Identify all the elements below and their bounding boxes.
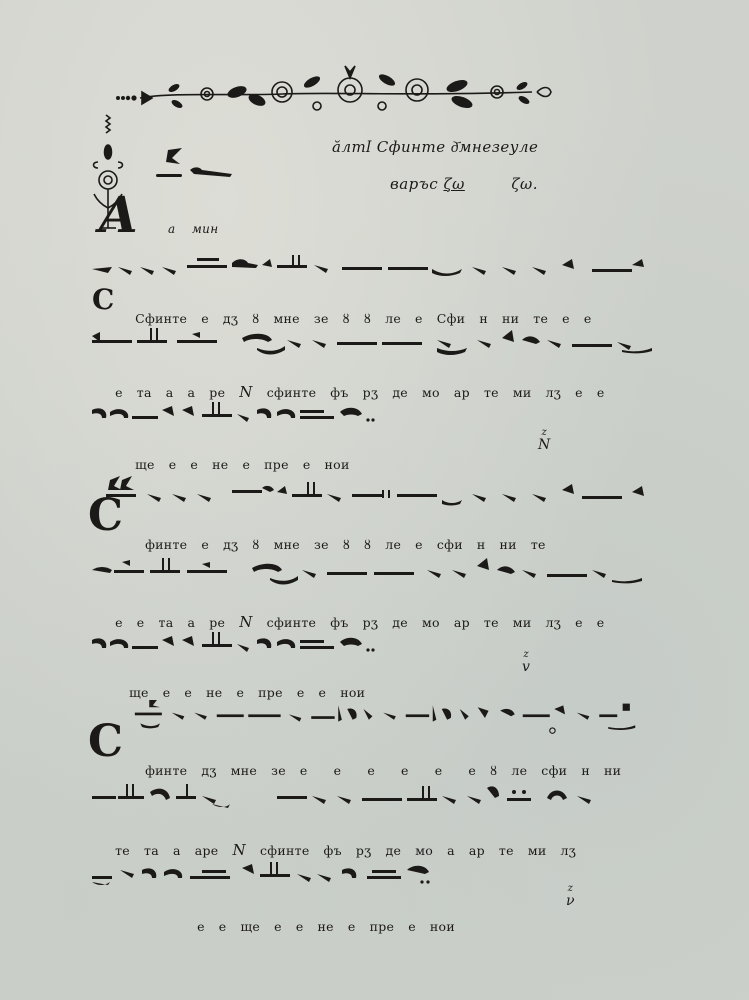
martyria-sign-3: zν [566, 884, 575, 908]
decorated-initial: А [98, 190, 139, 240]
neume-row-6 [92, 626, 422, 662]
neume-row-1 [92, 245, 692, 281]
neume-row-9 [92, 856, 512, 892]
opening-lyric: а мин [168, 222, 218, 236]
mode-sign-1: ζω [443, 175, 464, 193]
neume-row-7 [92, 700, 697, 736]
capital-s-1: С [92, 286, 114, 314]
neume-row-8 [92, 778, 652, 814]
neume-row-4 [92, 476, 692, 512]
manuscript-page: ӑлтӏ Сфинте д҃мнезеуле варъс ζω ζω. А а … [0, 0, 749, 1000]
capital-s-2: С [88, 494, 123, 538]
neume-row-5 [92, 552, 682, 588]
mode-indicator: варъс ζω ζω. [390, 175, 538, 193]
hymn-title-block: ӑлтӏ Сфинте д҃мнезеуле варъс ζω ζω. [332, 138, 538, 193]
mode-prefix: варъс [390, 175, 438, 193]
martyria-sign-2: zv [522, 650, 530, 674]
mode-sign-2: ζω. [511, 175, 538, 193]
hymn-title: ӑлтӏ Сфинте д҃мнезеуле [332, 138, 538, 157]
neume-row-3 [92, 396, 422, 432]
capital-s-3: С [88, 720, 123, 764]
opening-neumes [150, 148, 240, 188]
lyric-line: еещееенеепреенои [180, 904, 469, 949]
floral-ornament-icon [112, 62, 552, 112]
martyria-sign-1: zN [538, 428, 550, 452]
neume-row-2 [92, 322, 672, 358]
